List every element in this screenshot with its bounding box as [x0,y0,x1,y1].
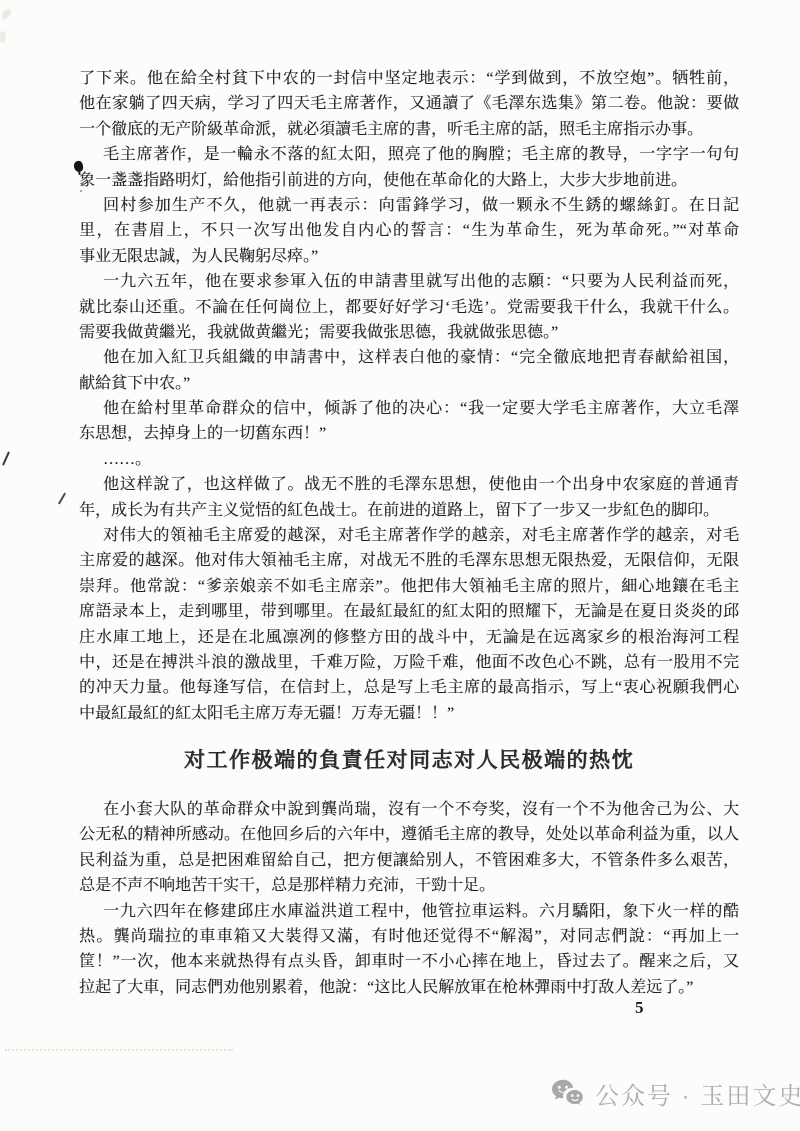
paragraph: 一九六四年在修建邱庄水庫溢洪道工程中，他管拉車运料。六月驕阳，象下火一样的酷热。… [79,899,739,1001]
wechat-icon [551,1079,585,1108]
text-line: 里，在書眉上，不只一次写出他发自内心的誓言：“生为革命生，死为革命死。”“对革命 [79,218,739,243]
text-line: 中，还是在搏洪斗浪的激战里，千难万险，万险千难，他面不改色心不跳，总有一股用不完 [79,650,739,675]
text-line: 事业无限忠誠，为人民鞠躬尽瘁。” [79,244,739,269]
text-line: 的冲天力量。他每逢写信，在信封上，总是写上毛主席的最高指示，写上“衷心祝願我們心 [79,675,739,700]
text-line: 民利益为重，总是把困难留給自己，把方便讓給别人，不管困难多大，不管条件多么艰苦， [79,848,739,873]
text-line: 献給貧下中农。” [79,371,739,396]
text-line: 象一盞盞指路明灯，給他指引前进的方向，使他在革命化的大路上，大步大步地前进。 [79,168,739,193]
text-line: 东思想，去掉身上的一切舊东西！” [79,421,739,446]
paragraph: 毛主席著作，是一輪永不落的紅太阳，照亮了他的胸膛；毛主席的教导，一字字一句句象一… [79,142,739,193]
text-line: 他这样說了，也这样做了。战无不胜的毛澤东思想，使他由一个出身中农家庭的普通青 [79,472,739,497]
paragraph: 他在加入紅卫兵組織的申請書中，这样表白他的豪情：“完全徹底地把青春献給祖国，献給… [79,345,739,396]
text-line: 在小套大队的革命群众中說到龔尚瑞，沒有一个不夸奖，沒有一个不为他舍己为公、大 [79,797,739,822]
text-line: ……。 [79,447,739,472]
scan-smudge-mark [0,7,13,21]
paragraph: 他在給村里革命群众的信中，倾訴了他的决心：“我一定要大学毛主席著作，大立毛澤东思… [79,396,739,447]
scanned-document-page: 了下来。他在給全村貧下中农的一封信中坚定地表示：“学到做到，不放空炮”。牺牲前，… [0,0,800,1131]
paragraph: 一九六五年，他在要求参軍入伍的申請書里就写出他的志願：“只要为人民利益而死，就比… [79,269,739,345]
paragraph: ……。 [79,447,739,472]
text-line: 对伟大的領袖毛主席爱的越深，对毛主席著作学的越亲，对毛主席著作学的越亲，对毛 [79,523,739,548]
text-line: 就比泰山还重。不論在任何崗位上，都要好好学习‘毛选’。党需要我干什么，我就干什么… [79,295,739,320]
page-number: 5 [635,998,644,1018]
text-line: 一九六五年，他在要求参軍入伍的申請書里就写出他的志願：“只要为人民利益而死， [79,269,739,294]
text-line: 他在加入紅卫兵組織的申請書中，这样表白他的豪情：“完全徹底地把青春献給祖国， [79,345,739,370]
text-line: 庄水庫工地上，还是在北風凛冽的修整方田的战斗中，无論是在远离家乡的根治海河工程 [79,625,739,650]
section-text-block: 在小套大队的革命群众中說到龔尚瑞，沒有一个不夸奖，沒有一个不为他舍己为公、大公无… [79,797,739,1000]
paragraph: 对伟大的領袖毛主席爱的越深，对毛主席著作学的越亲，对毛主席著作学的越亲，对毛主席… [79,523,739,726]
scan-smudge-mark [0,31,6,43]
watermark-text: 公众号 · 玉田文史 [595,1076,800,1111]
text-line: 一个徹底的无产阶級革命派，就必須讀毛主席的書，听毛主席的話，照毛主席指示办事。 [79,117,739,142]
watermark: 公众号 · 玉田文史 [551,1076,800,1110]
text-line: 毛主席著作，是一輪永不落的紅太阳，照亮了他的胸膛；毛主席的教导，一字字一句句 [79,142,739,167]
text-line: 崇拜。他常說：“爹亲娘亲不如毛主席亲”。他把伟大領袖毛主席的照片，細心地鑲在毛主 [79,574,739,599]
text-line: 他在家躺了四天病，学习了四天毛主席著作，又通讀了《毛澤东选集》第二卷。他說：要做 [79,91,739,116]
stray-slash-mark [2,451,10,466]
text-line: 一九六四年在修建邱庄水庫溢洪道工程中，他管拉車运料。六月驕阳，象下火一样的酷 [79,899,739,924]
text-line: 中最紅最紅的紅太阳毛主席万寿无疆！万寿无疆！！” [79,701,739,726]
paragraph: 回村参加生产不久，他就一再表示：向雷鋒学习，做一颗永不生銹的螺絲釘。在日記里，在… [79,193,739,269]
text-line: 拉起了大車，同志們劝他别累着，他說：“这比人民解放軍在枪林彈雨中打敌人差远了。” [79,975,739,1000]
paragraph: 他这样說了，也这样做了。战无不胜的毛澤东思想，使他由一个出身中农家庭的普通青年，… [79,472,739,523]
text-line: 主席爱的越深。他对伟大領袖毛主席，对战无不胜的毛澤东思想无限热爱，无限信仰，无限 [79,548,739,573]
paragraph: 在小套大队的革命群众中說到龔尚瑞，沒有一个不夸奖，沒有一个不为他舍己为公、大公无… [79,797,739,899]
text-line: 了下来。他在給全村貧下中农的一封信中坚定地表示：“学到做到，不放空炮”。牺牲前， [79,66,739,91]
text-line: 需要我做黄繼光，我就做黄繼光；需要我做张思德，我就做张思德。” [79,320,739,345]
section-title: 对工作极端的負責任对同志对人民极端的热忱 [79,744,739,774]
scan-dotted-artifact [5,1049,233,1051]
text-line: 热。龔尚瑞拉的車車箱又大裝得又滿，有时他还觉得不“解渴”，对同志們說：“再加上一 [79,924,739,949]
text-line: 年，成长为有共产主义觉悟的紅色战士。在前进的道路上，留下了一步又一步紅色的脚印。 [79,498,739,523]
text-line: 席語录本上，走到哪里，带到哪里。在最紅最紅的紅太阳的照耀下，无論是在夏日炎炎的邱 [79,599,739,624]
text-line: 总是不声不响地苦干实干，总是那样精力充沛，干勁十足。 [79,873,739,898]
text-line: 筐！”一次，他本来就热得有点头昏，卸車时一不小心摔在地上，昏过去了。醒来之后，又 [79,949,739,974]
text-line: 他在給村里革命群众的信中，倾訴了他的决心：“我一定要大学毛主席著作，大立毛澤 [79,396,739,421]
paragraph: 了下来。他在給全村貧下中农的一封信中坚定地表示：“学到做到，不放空炮”。牺牲前，… [79,66,739,142]
body-text-block: 了下来。他在給全村貧下中农的一封信中坚定地表示：“学到做到，不放空炮”。牺牲前，… [79,66,739,726]
text-line: 回村参加生产不久，他就一再表示：向雷鋒学习，做一颗永不生銹的螺絲釘。在日記 [79,193,739,218]
text-line: 公无私的精神所感动。在他回乡后的六年中，遵循毛主席的教导，处处以革命利益为重，以… [79,822,739,847]
stray-tick-mark [58,492,66,504]
